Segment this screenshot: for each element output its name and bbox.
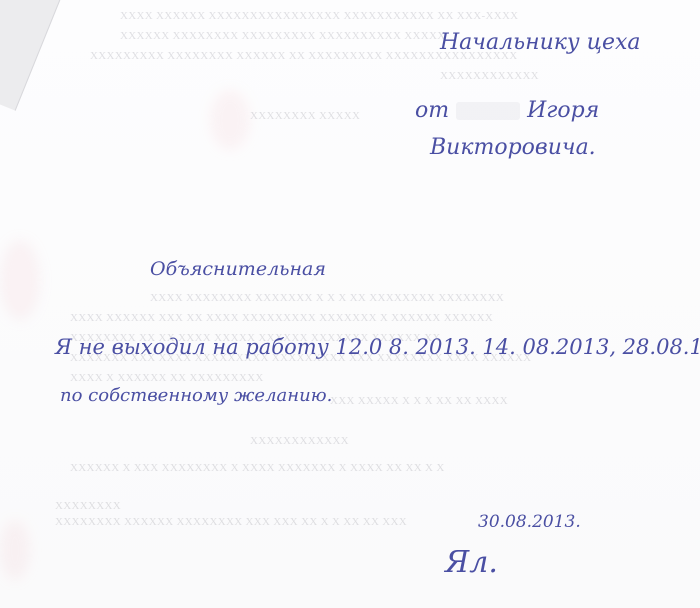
faded-print-line: ХХХХ ХХХХХХ ХХХ ХХ ХХХХ ХХХХХХХХХ ХХХХХХ… (70, 312, 493, 324)
document-date: 30.08.2013. (478, 512, 581, 532)
faded-print-line: ХХХ ХХХХХ Х Х Х ХХ ХХ ХХХХ (330, 395, 508, 407)
stain (0, 520, 30, 580)
body-line-2: по собственному желанию. (60, 385, 332, 406)
sender-name: Игоря (527, 98, 599, 123)
sender-line: от Игоря (415, 98, 599, 123)
stain (210, 90, 250, 150)
faded-print-line: ХХХХХХХХ ХХХХХХ ХХХХХХХХ ХХХ ХХХ ХХ Х Х … (55, 516, 407, 528)
faded-print-line: ХХХХ ХХХХХХХХ ХХХХХХХ Х Х Х ХХ ХХХХХХХХ … (150, 292, 504, 304)
stain (0, 240, 40, 320)
folded-corner (0, 0, 61, 111)
from-prefix: от (415, 98, 449, 123)
document-page: ХХХХ ХХХХХХ ХХХХХХХХХХХХХХХХ ХХХХХХХХХХХ… (0, 0, 700, 608)
document-title: Объяснительная (150, 258, 326, 280)
addressee: Начальнику цеха (440, 30, 641, 55)
faded-print-line: ХХХХ ХХХХХХ ХХХХХХХХХХХХХХХХ ХХХХХХХХХХХ… (120, 10, 518, 22)
signature: Ял. (445, 545, 498, 580)
faded-print-line: ХХХХ Х ХХХХХХ ХХ ХХХХХХХХХ (70, 372, 264, 384)
faded-print-line: ХХХХХХХХХХХХ (440, 70, 539, 82)
redacted-surname (456, 102, 520, 120)
body-line-1: Я не выходил на работу 12.0 8. 2013. 14.… (55, 335, 700, 359)
faded-print-line: ХХХХХХ ХХХХХХХХ ХХХХХХХХХ ХХХХХХХХХХ ХХХ… (120, 30, 445, 42)
faded-print-line: ХХХХХХХХ ХХХХХ (250, 110, 360, 122)
faded-print-line: ХХХХХХ Х ХХХ ХХХХХХХХ Х ХХХХ ХХХХХХХ Х Х… (70, 462, 445, 474)
faded-print-line: ХХХХХХХХ (55, 500, 121, 512)
faded-print-line: ХХХХХХХХХХХХ (250, 435, 349, 447)
sender-patronymic: Викторовича. (430, 135, 596, 160)
